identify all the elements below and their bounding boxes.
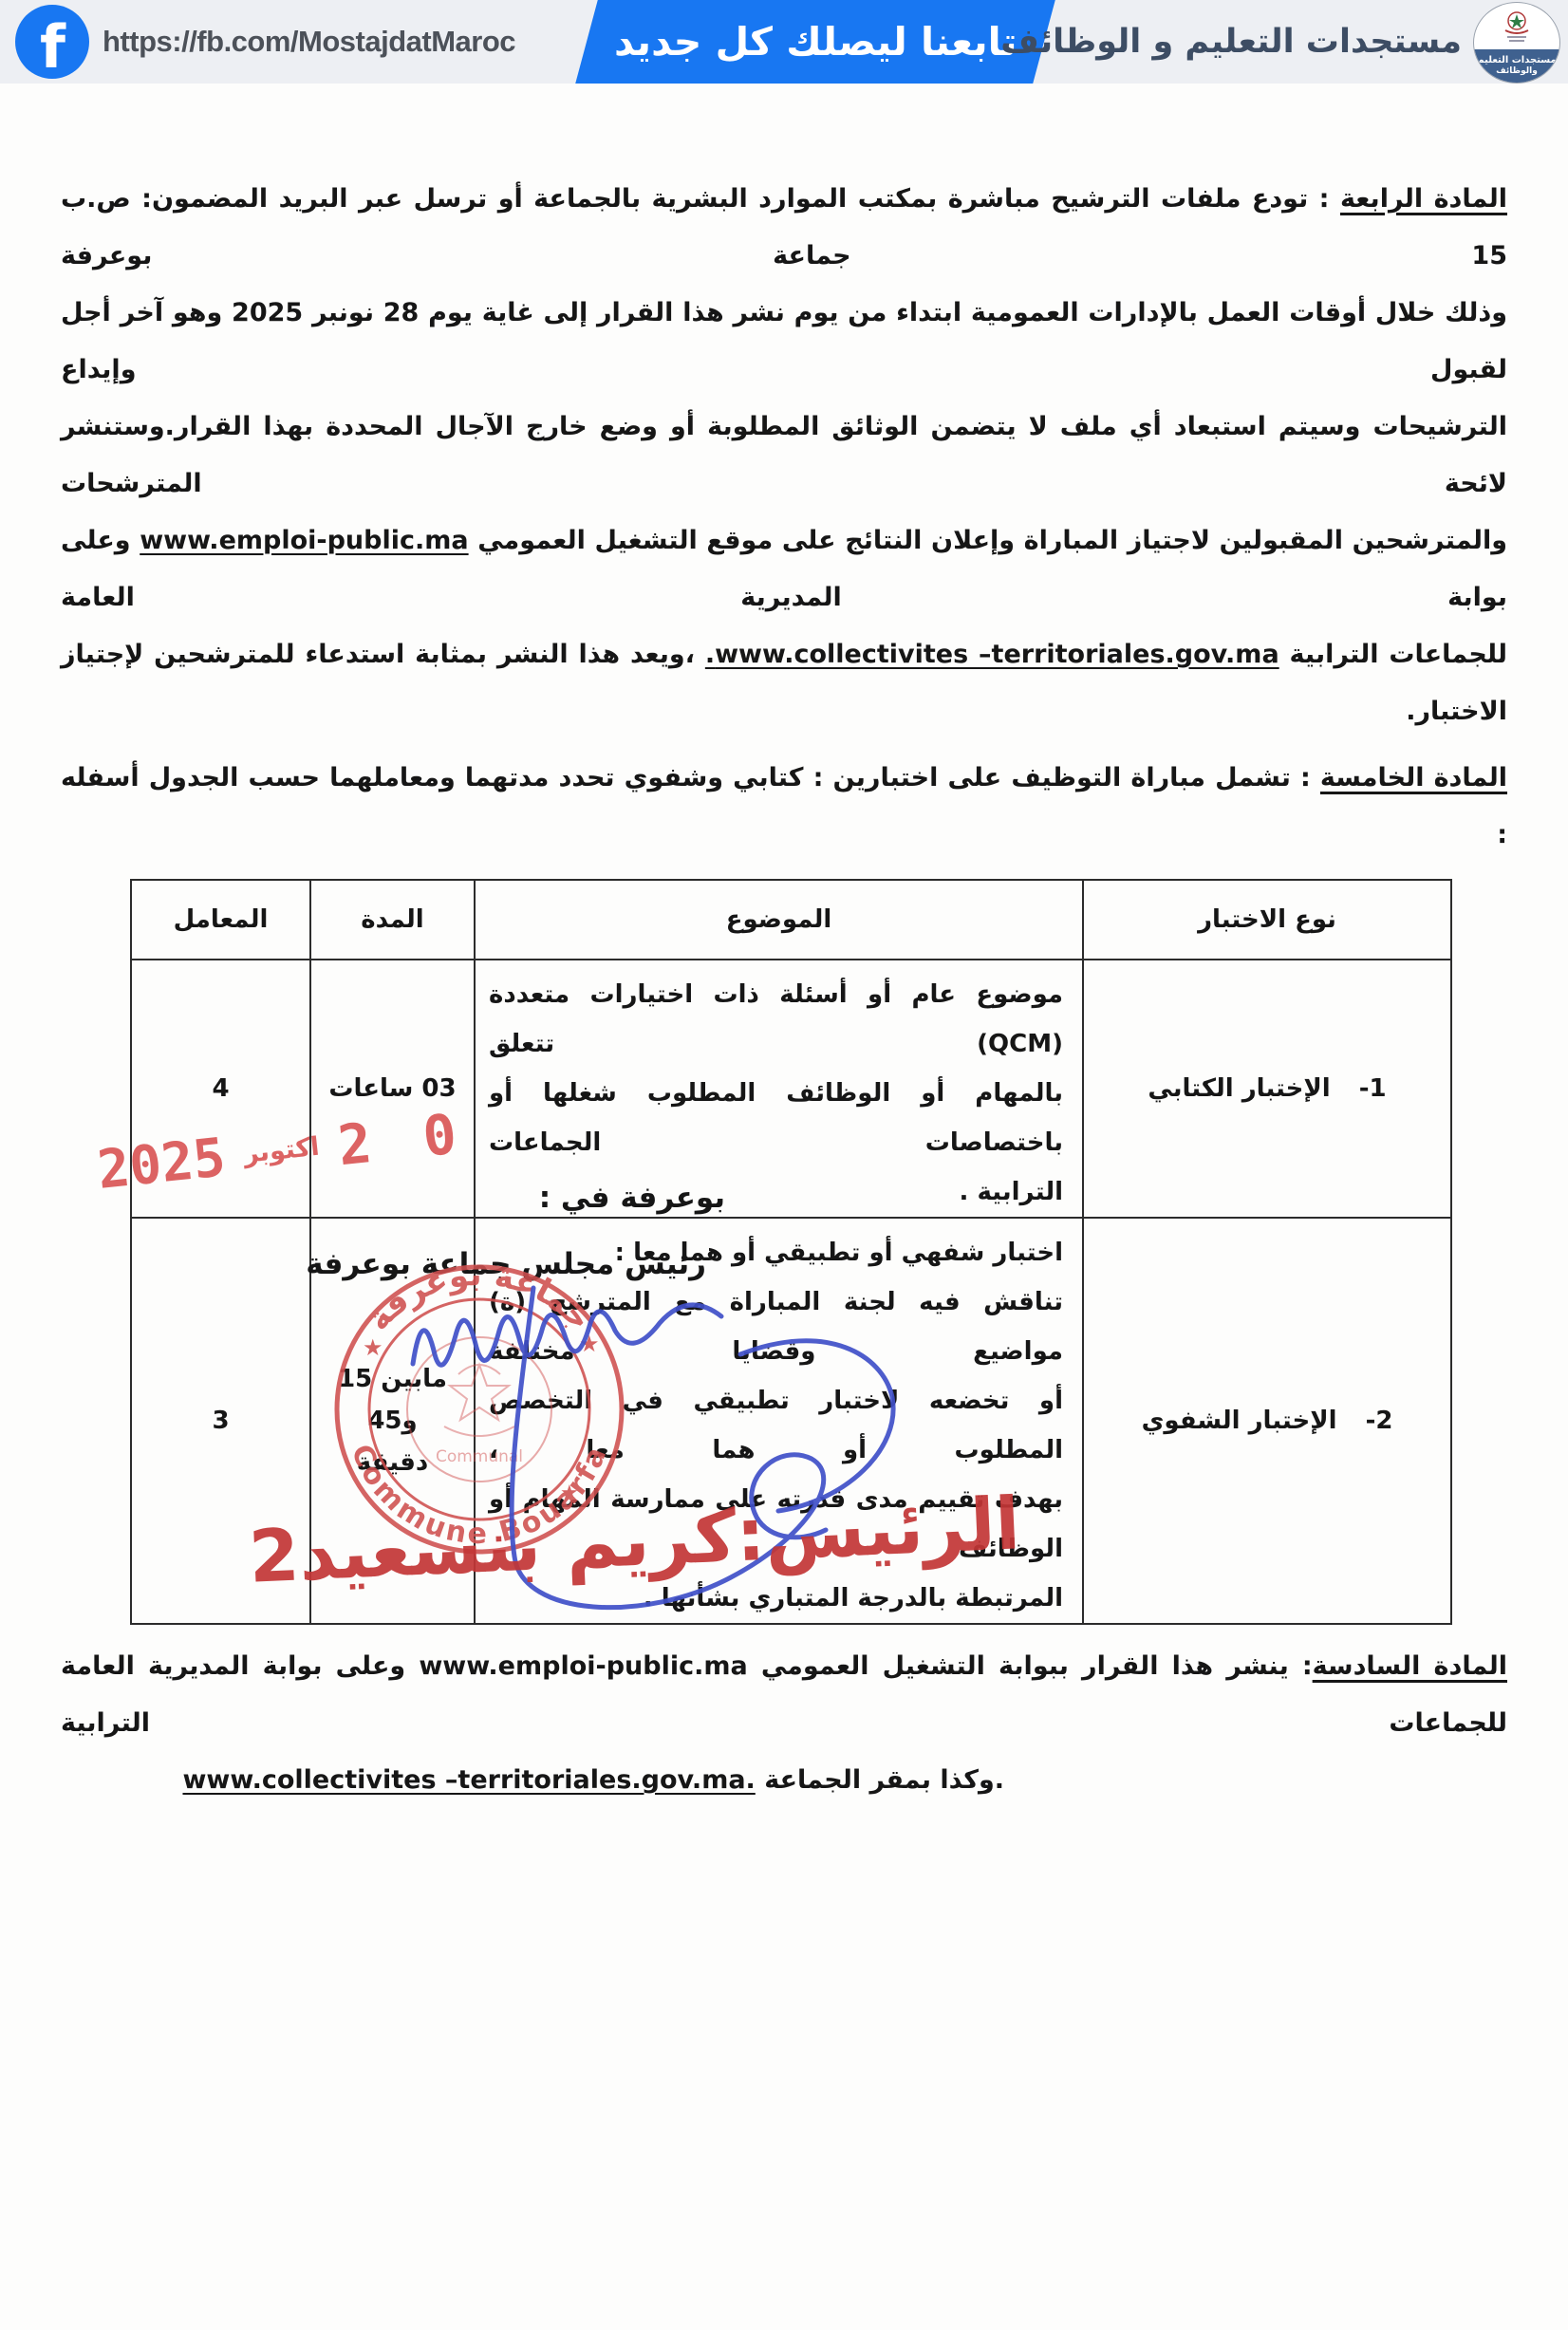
article4-line1-text: : تودع ملفات الترشيح مباشرة بمكتب الموار… xyxy=(61,184,1507,270)
written-exam-duration-cell: 03 ساعات xyxy=(310,960,475,1218)
collectivites-url: www.collectivites –territoriales.gov.ma. xyxy=(705,640,1279,669)
written-exam-label: الإختبار الكتابي xyxy=(1148,1074,1330,1103)
president-signature xyxy=(332,1264,940,1663)
logo-title-band: مستجدات التعليم والوظائف xyxy=(1474,49,1559,83)
scanned-document-page: f https://fb.com/MostajdatMaroc تابعنا ل… xyxy=(0,0,1568,2330)
written-exam-number: 1- xyxy=(1359,1074,1387,1103)
article5-title: المادة الخامسة xyxy=(1320,763,1507,792)
morocco-emblem-icon xyxy=(1498,8,1536,46)
article4-line1: المادة الرابعة : تودع ملفات الترشيح مباش… xyxy=(61,171,1507,285)
date-stamp-year: 2025 xyxy=(95,1131,228,1198)
oral-exam-label: الإختبار الشفوي xyxy=(1142,1407,1337,1435)
signing-place-line: بوعرفة في : xyxy=(539,1181,725,1215)
subject-line: موضوع عام أو أسئلة ذات اختيارات متعددة (… xyxy=(489,970,1063,1069)
article5-text: : تشمل مباراة التوظيف على اختبارين : كتا… xyxy=(61,763,1507,849)
col-header-duration: المدة xyxy=(310,880,475,960)
follow-us-text: تابعنا ليصلك كل جديد xyxy=(614,19,1017,65)
logo-line2: والوظائف xyxy=(1496,66,1538,76)
page-title: مستجدات التعليم و الوظائف xyxy=(1000,0,1462,84)
facebook-header-banner: f https://fb.com/MostajdatMaroc تابعنا ل… xyxy=(0,0,1568,84)
oral-exam-type-cell: 2- الإختبار الشفوي xyxy=(1083,1218,1451,1624)
article6-title: المادة السادسة xyxy=(1313,1651,1507,1681)
col-header-exam-type: نوع الاختبار xyxy=(1083,880,1451,960)
table-row-written-exam: 1- الإختبار الكتابي موضوع عام أو أسئلة ذ… xyxy=(131,960,1451,1218)
article4-line4-pre: والمترشحين المقبولين لاجتياز المباراة وإ… xyxy=(469,526,1507,555)
emploi-public-url: www.emploi-public.ma xyxy=(140,526,468,555)
written-exam-type-cell: 1- الإختبار الكتابي xyxy=(1083,960,1451,1218)
logo-line1: مستجدات التعليم xyxy=(1477,55,1556,66)
article4-line5: للجماعات الترابية www.collectivites –ter… xyxy=(61,626,1507,740)
article4-title: المادة الرابعة xyxy=(1340,184,1507,214)
facebook-f-glyph: f xyxy=(40,12,65,79)
oral-exam-number: 2- xyxy=(1366,1407,1393,1435)
table-header-row: نوع الاختبار الموضوع المدة المعامل xyxy=(131,880,1451,960)
deadline-date: يوم 28 نونبر 2025 xyxy=(232,298,473,327)
article4-line5-pre: للجماعات الترابية xyxy=(1279,640,1507,669)
article4-line2-pre: وذلك خلال أوقات العمل بالإدارات العمومية… xyxy=(473,298,1507,327)
col-header-coefficient: المعامل xyxy=(131,880,310,960)
article4-line3: الترشيحات وسيتم استبعاد أي ملف لا يتضمن … xyxy=(61,399,1507,513)
written-exam-subject-cell: موضوع عام أو أسئلة ذات اختيارات متعددة (… xyxy=(475,960,1083,1218)
article6-line2-post: وكذا بمقر الجماعة. xyxy=(756,1765,1004,1795)
article4-line2: وذلك خلال أوقات العمل بالإدارات العمومية… xyxy=(61,285,1507,399)
facebook-icon: f xyxy=(15,5,89,79)
date-stamp-month: اكتوبر xyxy=(243,1134,321,1167)
article5-line: المادة الخامسة : تشمل مباراة التوظيف على… xyxy=(61,750,1507,864)
facebook-page-url: https://fb.com/MostajdatMaroc xyxy=(103,0,515,84)
date-stamp-day: 2 0 xyxy=(335,1107,468,1173)
follow-us-ribbon: تابعنا ليصلك كل جديد xyxy=(575,0,1055,84)
article6-line2: www.collectivites –territoriales.gov.ma.… xyxy=(182,1752,1004,1809)
col-header-subject: الموضوع xyxy=(475,880,1083,960)
page-logo: مستجدات التعليم والوظائف xyxy=(1473,2,1560,84)
collectivites-url-2: www.collectivites –territoriales.gov.ma. xyxy=(182,1765,755,1795)
article4-line4: والمترشحين المقبولين لاجتياز المباراة وإ… xyxy=(61,513,1507,626)
subject-line: بالمهام أو الوظائف المطلوب شغلها أو باخت… xyxy=(489,1069,1063,1167)
